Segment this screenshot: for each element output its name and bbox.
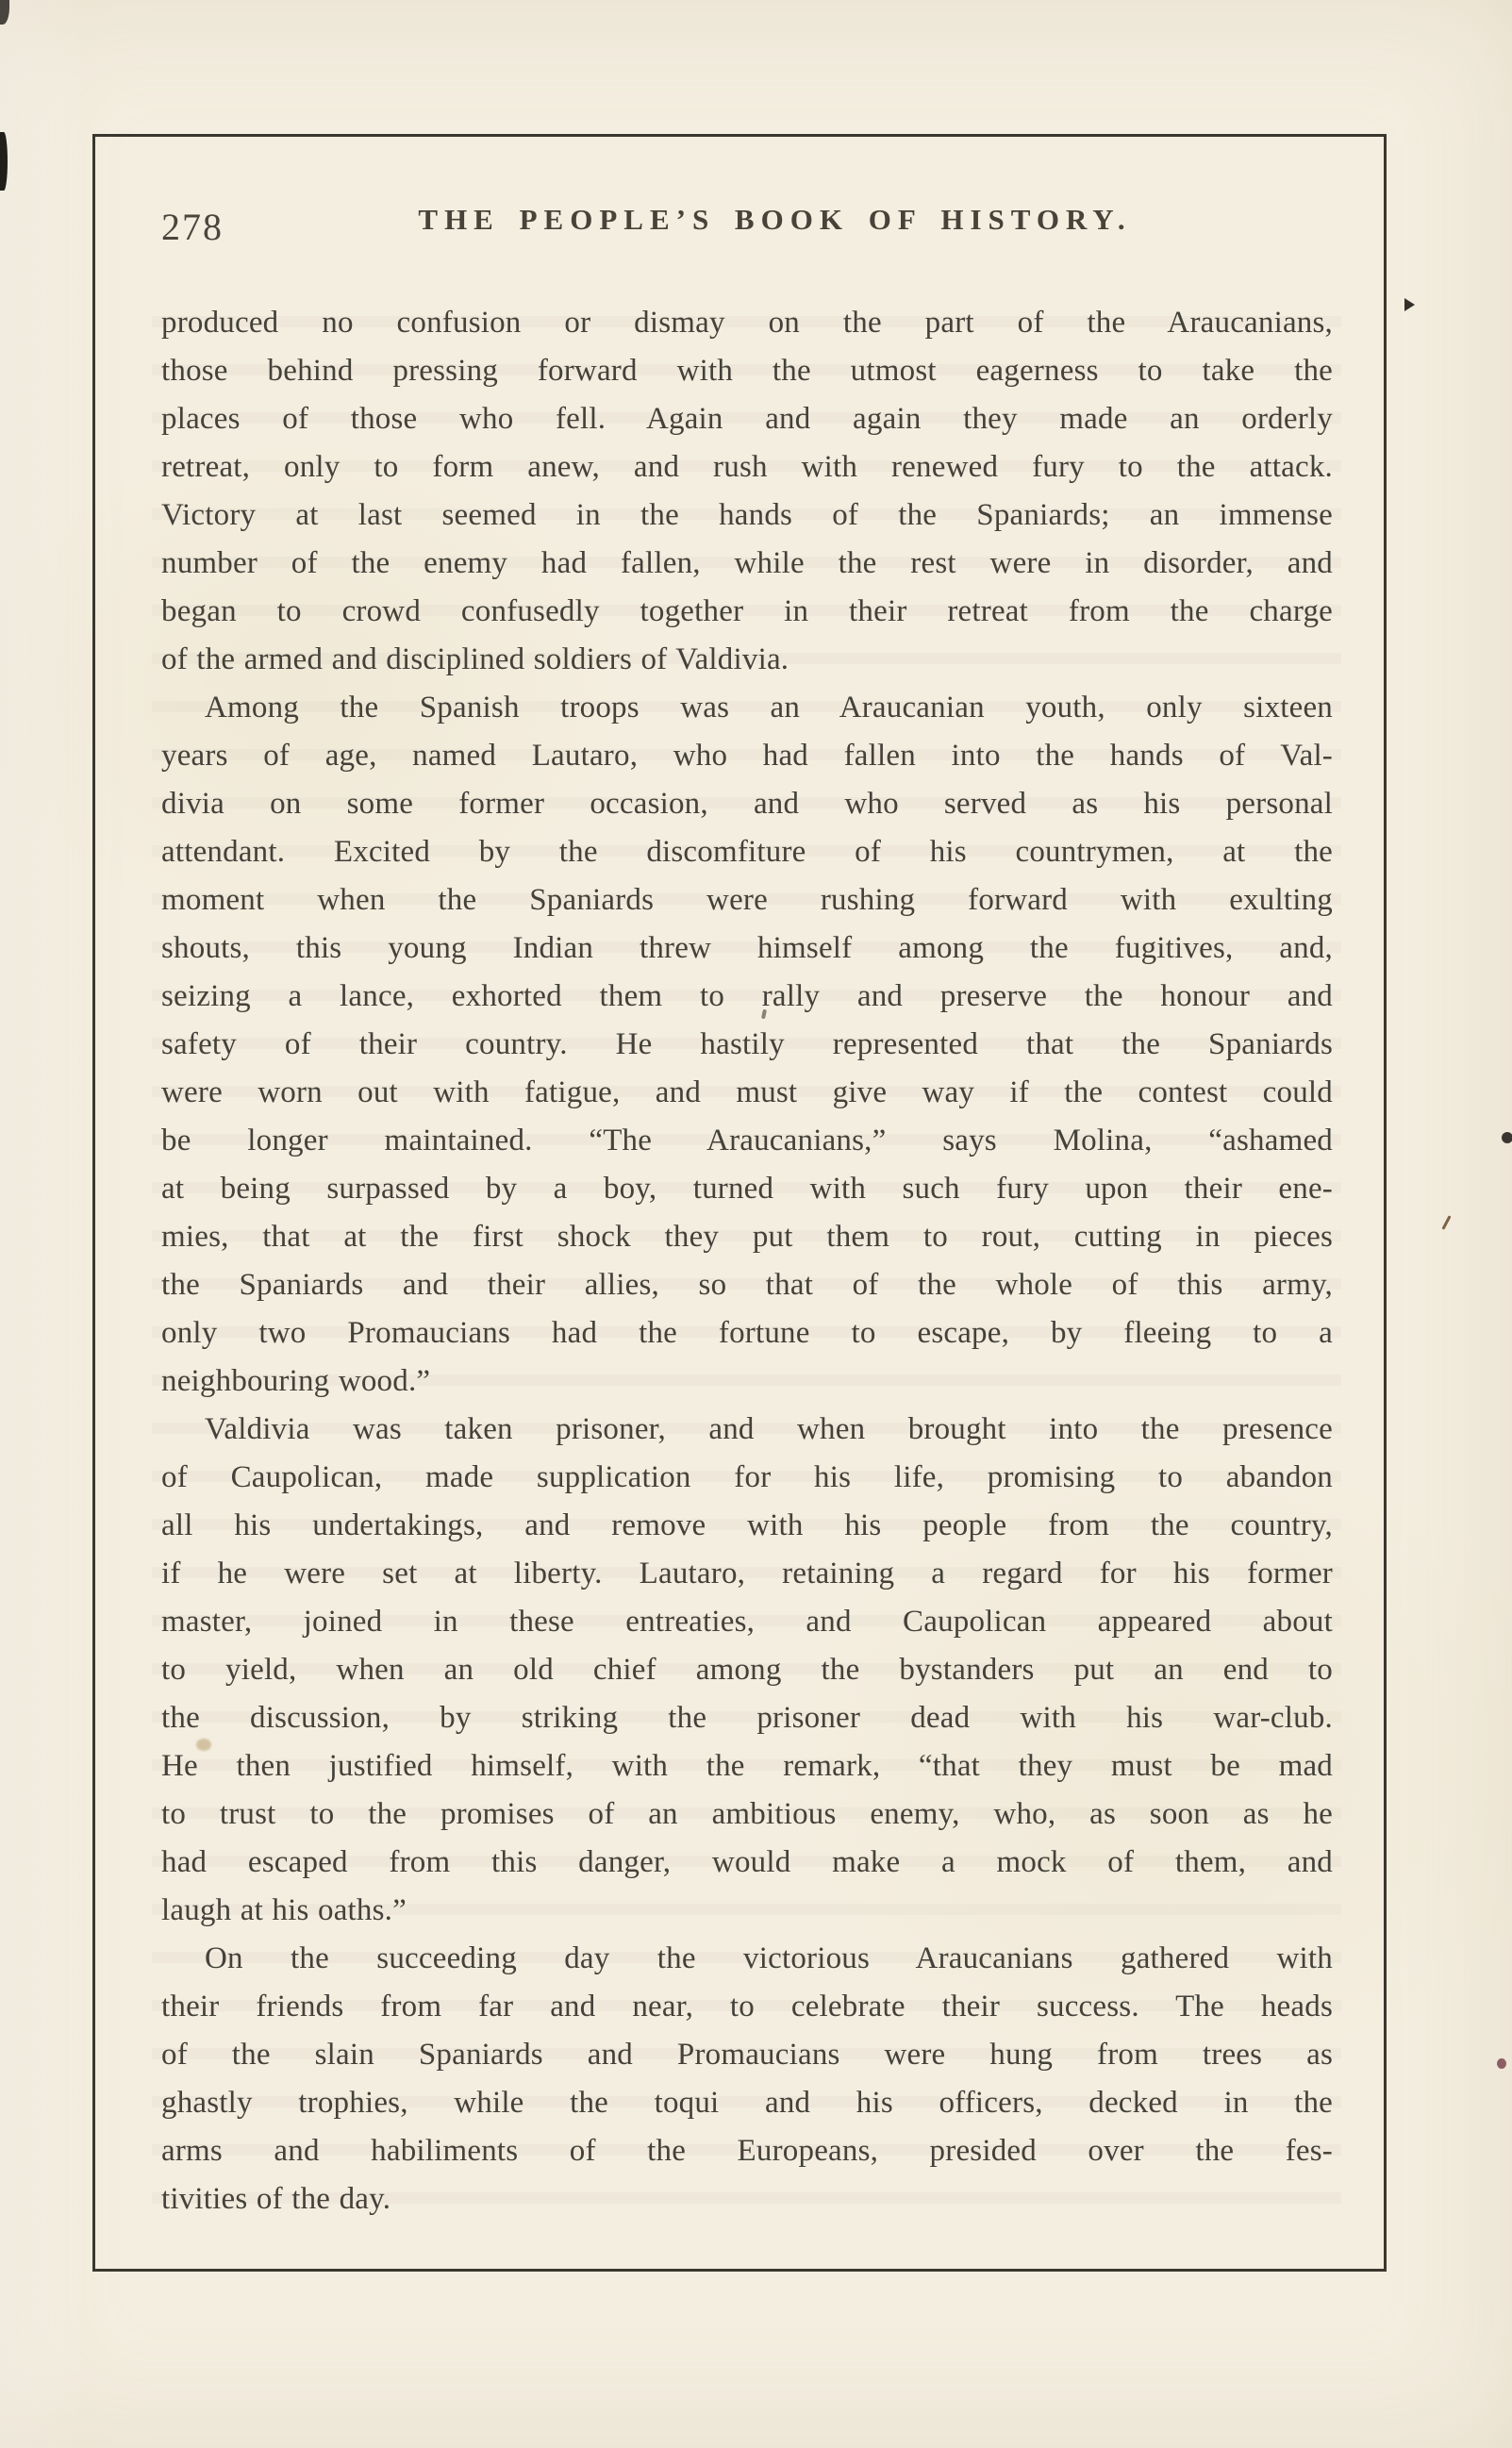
- text-line: safety of their country. He hastily repr…: [161, 1021, 1333, 1069]
- text-line: those behind pressing forward with the u…: [161, 347, 1333, 395]
- text-line: to trust to the promises of an ambitious…: [161, 1790, 1333, 1839]
- text-line: of Caupolican, made supplication for his…: [161, 1454, 1333, 1502]
- text-line: only two Promaucians had the fortune to …: [161, 1309, 1333, 1357]
- text-line: produced no confusion or dismay on the p…: [161, 299, 1333, 347]
- text-line: Valdivia was taken prisoner, and when br…: [161, 1406, 1333, 1454]
- running-title: THE PEOPLE’S BOOK OF HISTORY.: [161, 203, 1332, 237]
- text-line: to yield, when an old chief among the by…: [161, 1646, 1333, 1694]
- scan-artifact-slash: [1441, 1215, 1451, 1230]
- text-line: all his undertakings, and remove with hi…: [161, 1502, 1333, 1550]
- text-line: at being surpassed by a boy, turned with…: [161, 1165, 1333, 1213]
- scan-artifact-left-gutter: [0, 132, 8, 191]
- text-line: Victory at last seemed in the hands of t…: [161, 491, 1333, 540]
- text-line: the discussion, by striking the prisoner…: [161, 1694, 1333, 1742]
- text-line: On the succeeding day the victorious Ara…: [161, 1935, 1333, 1983]
- text-line: were worn out with fatigue, and must giv…: [161, 1069, 1333, 1117]
- text-line: divia on some former occasion, and who s…: [161, 780, 1333, 828]
- text-line: of the slain Spaniards and Promaucians w…: [161, 2031, 1333, 2079]
- text-line: Among the Spanish troops was an Araucani…: [161, 684, 1333, 732]
- text-line: the Spaniards and their allies, so that …: [161, 1261, 1333, 1309]
- paragraph: On the succeeding day the victorious Ara…: [161, 1935, 1333, 2223]
- scan-artifact-right-dot: [1502, 1132, 1512, 1143]
- text-line: had escaped from this danger, would make…: [161, 1839, 1333, 1887]
- text-line: shouts, this young Indian threw himself …: [161, 924, 1333, 973]
- text-line: be longer maintained. “The Araucanians,”…: [161, 1117, 1333, 1165]
- body-text: produced no confusion or dismay on the p…: [161, 299, 1333, 2223]
- paragraph: Valdivia was taken prisoner, and when br…: [161, 1406, 1333, 1935]
- text-line: began to crowd confusedly together in th…: [161, 588, 1333, 636]
- text-line: ghastly trophies, while the toqui and hi…: [161, 2079, 1333, 2127]
- text-line: laugh at his oaths.”: [161, 1887, 1333, 1935]
- scan-artifact-corner: [0, 0, 9, 25]
- text-line: of the armed and disciplined soldiers of…: [161, 636, 1333, 684]
- text-line: their friends from far and near, to cele…: [161, 1983, 1333, 2031]
- text-line: years of age, named Lautaro, who had fal…: [161, 732, 1333, 780]
- text-line: if he were set at liberty. Lautaro, reta…: [161, 1550, 1333, 1598]
- scanned-book-page: 278 THE PEOPLE’S BOOK OF HISTORY. produc…: [0, 0, 1512, 2448]
- text-line: arms and habiliments of the Europeans, p…: [161, 2127, 1333, 2175]
- text-line: tivities of the day.: [161, 2175, 1333, 2223]
- text-line: master, joined in these entreaties, and …: [161, 1598, 1333, 1646]
- scan-artifact-right-margin: [1404, 298, 1415, 311]
- text-line: mies, that at the first shock they put t…: [161, 1213, 1333, 1261]
- paragraph: Among the Spanish troops was an Araucani…: [161, 684, 1333, 1406]
- scan-artifact-red-dot: [1497, 2058, 1506, 2069]
- text-line: seizing a lance, exhorted them to rally …: [161, 973, 1333, 1021]
- text-line: attendant. Excited by the discomfiture o…: [161, 828, 1333, 876]
- text-line: moment when the Spaniards were rushing f…: [161, 876, 1333, 924]
- text-line: places of those who fell. Again and agai…: [161, 395, 1333, 443]
- text-line: neighbouring wood.”: [161, 1357, 1333, 1406]
- text-line: retreat, only to form anew, and rush wit…: [161, 443, 1333, 491]
- text-line: He then justified himself, with the rema…: [161, 1742, 1333, 1790]
- page-header: 278 THE PEOPLE’S BOOK OF HISTORY.: [161, 203, 1332, 252]
- page-number: 278: [161, 205, 224, 249]
- paragraph: produced no confusion or dismay on the p…: [161, 299, 1333, 684]
- text-line: number of the enemy had fallen, while th…: [161, 540, 1333, 588]
- page-border-frame: 278 THE PEOPLE’S BOOK OF HISTORY. produc…: [92, 134, 1387, 2272]
